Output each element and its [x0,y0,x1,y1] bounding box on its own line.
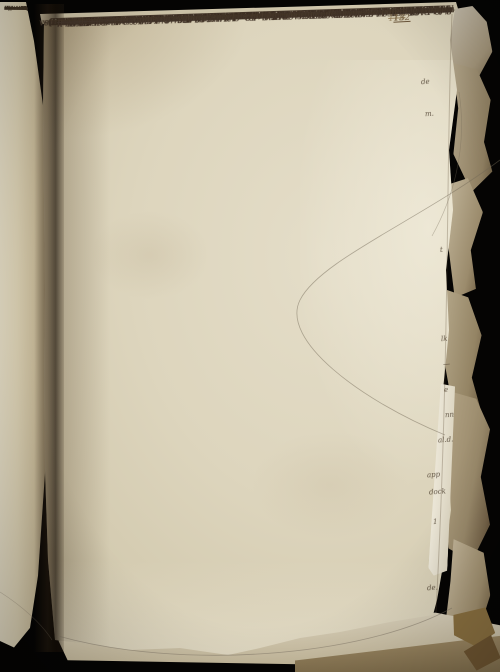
margin-mark: m. [425,110,434,119]
manuscript-photo: mi sole che fermar dal sito e non piu si… [0,0,500,672]
margin-mark: t [440,246,443,254]
margin-mark: e [444,386,449,394]
margin-mark: lk [441,335,448,343]
margin-mark: app [427,471,441,480]
margin-mark: nn [445,411,455,420]
margin-mark: de [421,78,430,87]
folio-number: 132 [393,13,411,24]
margin-mark: al.d. [438,435,454,444]
margin-mark: dock [429,487,446,496]
margin-mark: de. [427,584,438,593]
margin-mark: — [443,360,451,368]
struck-text: Orato con sorta [57,16,123,29]
manuscript-text: vedere gli altri legni bizzarria il suo … [57,5,471,629]
margin-mark: 1 [433,518,438,526]
